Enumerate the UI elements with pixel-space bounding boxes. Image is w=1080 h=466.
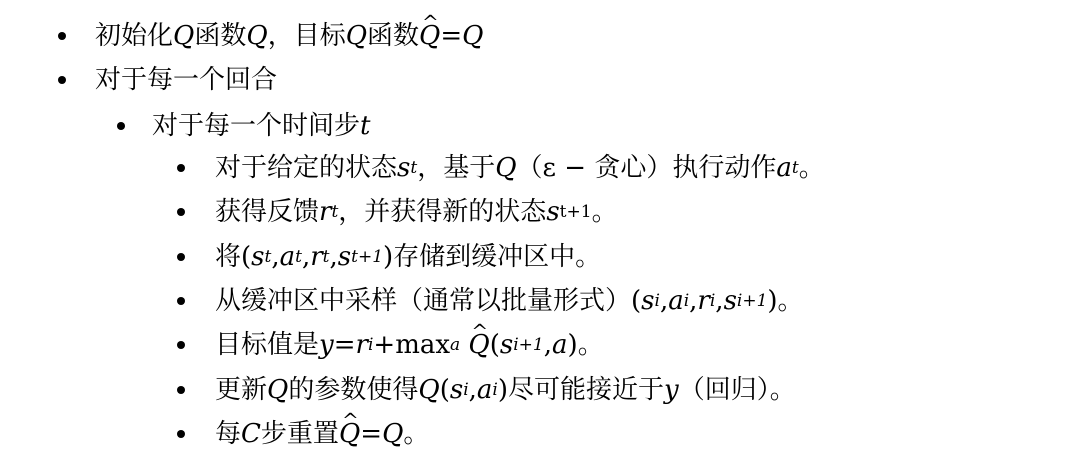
text: )。 <box>767 279 803 323</box>
text: , <box>544 323 552 367</box>
bullet-marker <box>177 297 185 305</box>
text: , <box>330 235 338 279</box>
math-s: s <box>546 190 559 234</box>
text: ( <box>490 323 500 367</box>
text: 。 <box>578 323 604 367</box>
text: ，基于 <box>417 146 495 190</box>
text: , <box>271 235 279 279</box>
text: 每 <box>215 412 241 456</box>
bullet-get-feedback: 获得反馈rt，并获得新的状态st+1。 <box>215 190 618 234</box>
math-r: r <box>697 279 709 323</box>
text: 函数 <box>194 14 246 58</box>
bullet-each-timestep: 对于每一个时间步t <box>152 104 370 148</box>
bullet-target-value: 目标值是y = ri + maxa Q(si+1,a)。 <box>215 323 604 367</box>
math-s: s <box>641 279 654 323</box>
math-s: s <box>500 323 513 367</box>
math-q-hat: Q <box>468 323 489 367</box>
text: 。 <box>592 190 618 234</box>
math-a: a <box>477 368 493 412</box>
text: （回归）。 <box>679 368 796 412</box>
math-y: y <box>319 323 334 367</box>
math-a: a <box>280 235 296 279</box>
text: 函数 <box>367 14 419 58</box>
text: 对于给定的状态 <box>215 146 397 190</box>
bullet-marker <box>177 208 185 216</box>
bullet-each-episode: 对于每一个回合 <box>95 58 277 102</box>
math-s: s <box>338 235 351 279</box>
math-r: r <box>356 323 368 367</box>
bullet-marker <box>58 76 66 84</box>
bullet-initialize-q: 初始化Q函数Q，目标Q函数Q = Q <box>95 14 484 58</box>
text: , <box>689 279 697 323</box>
text: = <box>360 412 382 456</box>
bullet-marker <box>177 386 185 394</box>
math-a: a <box>552 323 568 367</box>
text: )存储到缓冲区中。 <box>383 235 601 279</box>
math-q: Q <box>173 14 194 58</box>
text: , <box>660 279 668 323</box>
math-y: y <box>664 368 679 412</box>
bullet-store-buffer: 将(st,at,rt,st+1)存储到缓冲区中。 <box>215 235 601 279</box>
math-q: Q <box>495 146 516 190</box>
text: ( <box>440 368 450 412</box>
text: + <box>373 323 395 367</box>
math-q: Q <box>382 412 403 456</box>
text: ，目标 <box>268 14 346 58</box>
bullet-marker <box>177 164 185 172</box>
math-s: s <box>450 368 463 412</box>
math-s: s <box>397 146 410 190</box>
math-r: r <box>310 235 322 279</box>
text: ，并获得新的状态 <box>338 190 546 234</box>
math-a: a <box>776 146 792 190</box>
text: , <box>715 279 723 323</box>
bullet-sample-buffer: 从缓冲区中采样（通常以批量形式）(si,ai,ri,si+1)。 <box>215 279 804 323</box>
text: 初始化 <box>95 14 173 58</box>
text: 更新 <box>215 368 267 412</box>
text: = <box>334 323 356 367</box>
math-q: Q <box>267 368 288 412</box>
text: 。 <box>799 146 825 190</box>
text: 对于每一个回合 <box>95 58 277 102</box>
bullet-reset-target: 每C步重置Q = Q。 <box>215 412 429 456</box>
text: 将( <box>215 235 251 279</box>
math-q: Q <box>246 14 267 58</box>
math-s: s <box>724 279 737 323</box>
bullet-marker <box>117 122 125 130</box>
math-s: s <box>251 235 264 279</box>
bullet-marker <box>58 32 66 40</box>
math-q-hat: Q <box>419 14 440 58</box>
text: , <box>469 368 477 412</box>
math-t: t <box>360 104 370 148</box>
bullet-marker <box>177 253 185 261</box>
math-q: Q <box>346 14 367 58</box>
math-a: a <box>668 279 684 323</box>
math-q: Q <box>462 14 483 58</box>
text: 从缓冲区中采样（通常以批量形式）( <box>215 279 641 323</box>
text: 目标值是 <box>215 323 319 367</box>
bullet-marker <box>177 430 185 438</box>
text: 获得反馈 <box>215 190 319 234</box>
text: , <box>302 235 310 279</box>
text: ) <box>498 368 508 412</box>
bullet-execute-action: 对于给定的状态st，基于Q（ε − 贪心）执行动作at。 <box>215 146 825 190</box>
text: 步重置 <box>261 412 339 456</box>
math-r: r <box>319 190 331 234</box>
bullet-update-params: 更新Q的参数使得Q(si,ai)尽可能接近于y（回归）。 <box>215 368 796 412</box>
bullet-marker <box>177 341 185 349</box>
math-c: C <box>241 412 261 456</box>
text: 对于每一个时间步 <box>152 104 360 148</box>
text: ) <box>568 323 578 367</box>
text: = <box>440 14 462 58</box>
text: 尽可能接近于 <box>508 368 664 412</box>
math-q: Q <box>418 368 439 412</box>
text: 。 <box>403 412 429 456</box>
math-max: max <box>395 323 450 367</box>
math-q-hat: Q <box>339 412 360 456</box>
text: （ε − 贪心）执行动作 <box>517 146 777 190</box>
